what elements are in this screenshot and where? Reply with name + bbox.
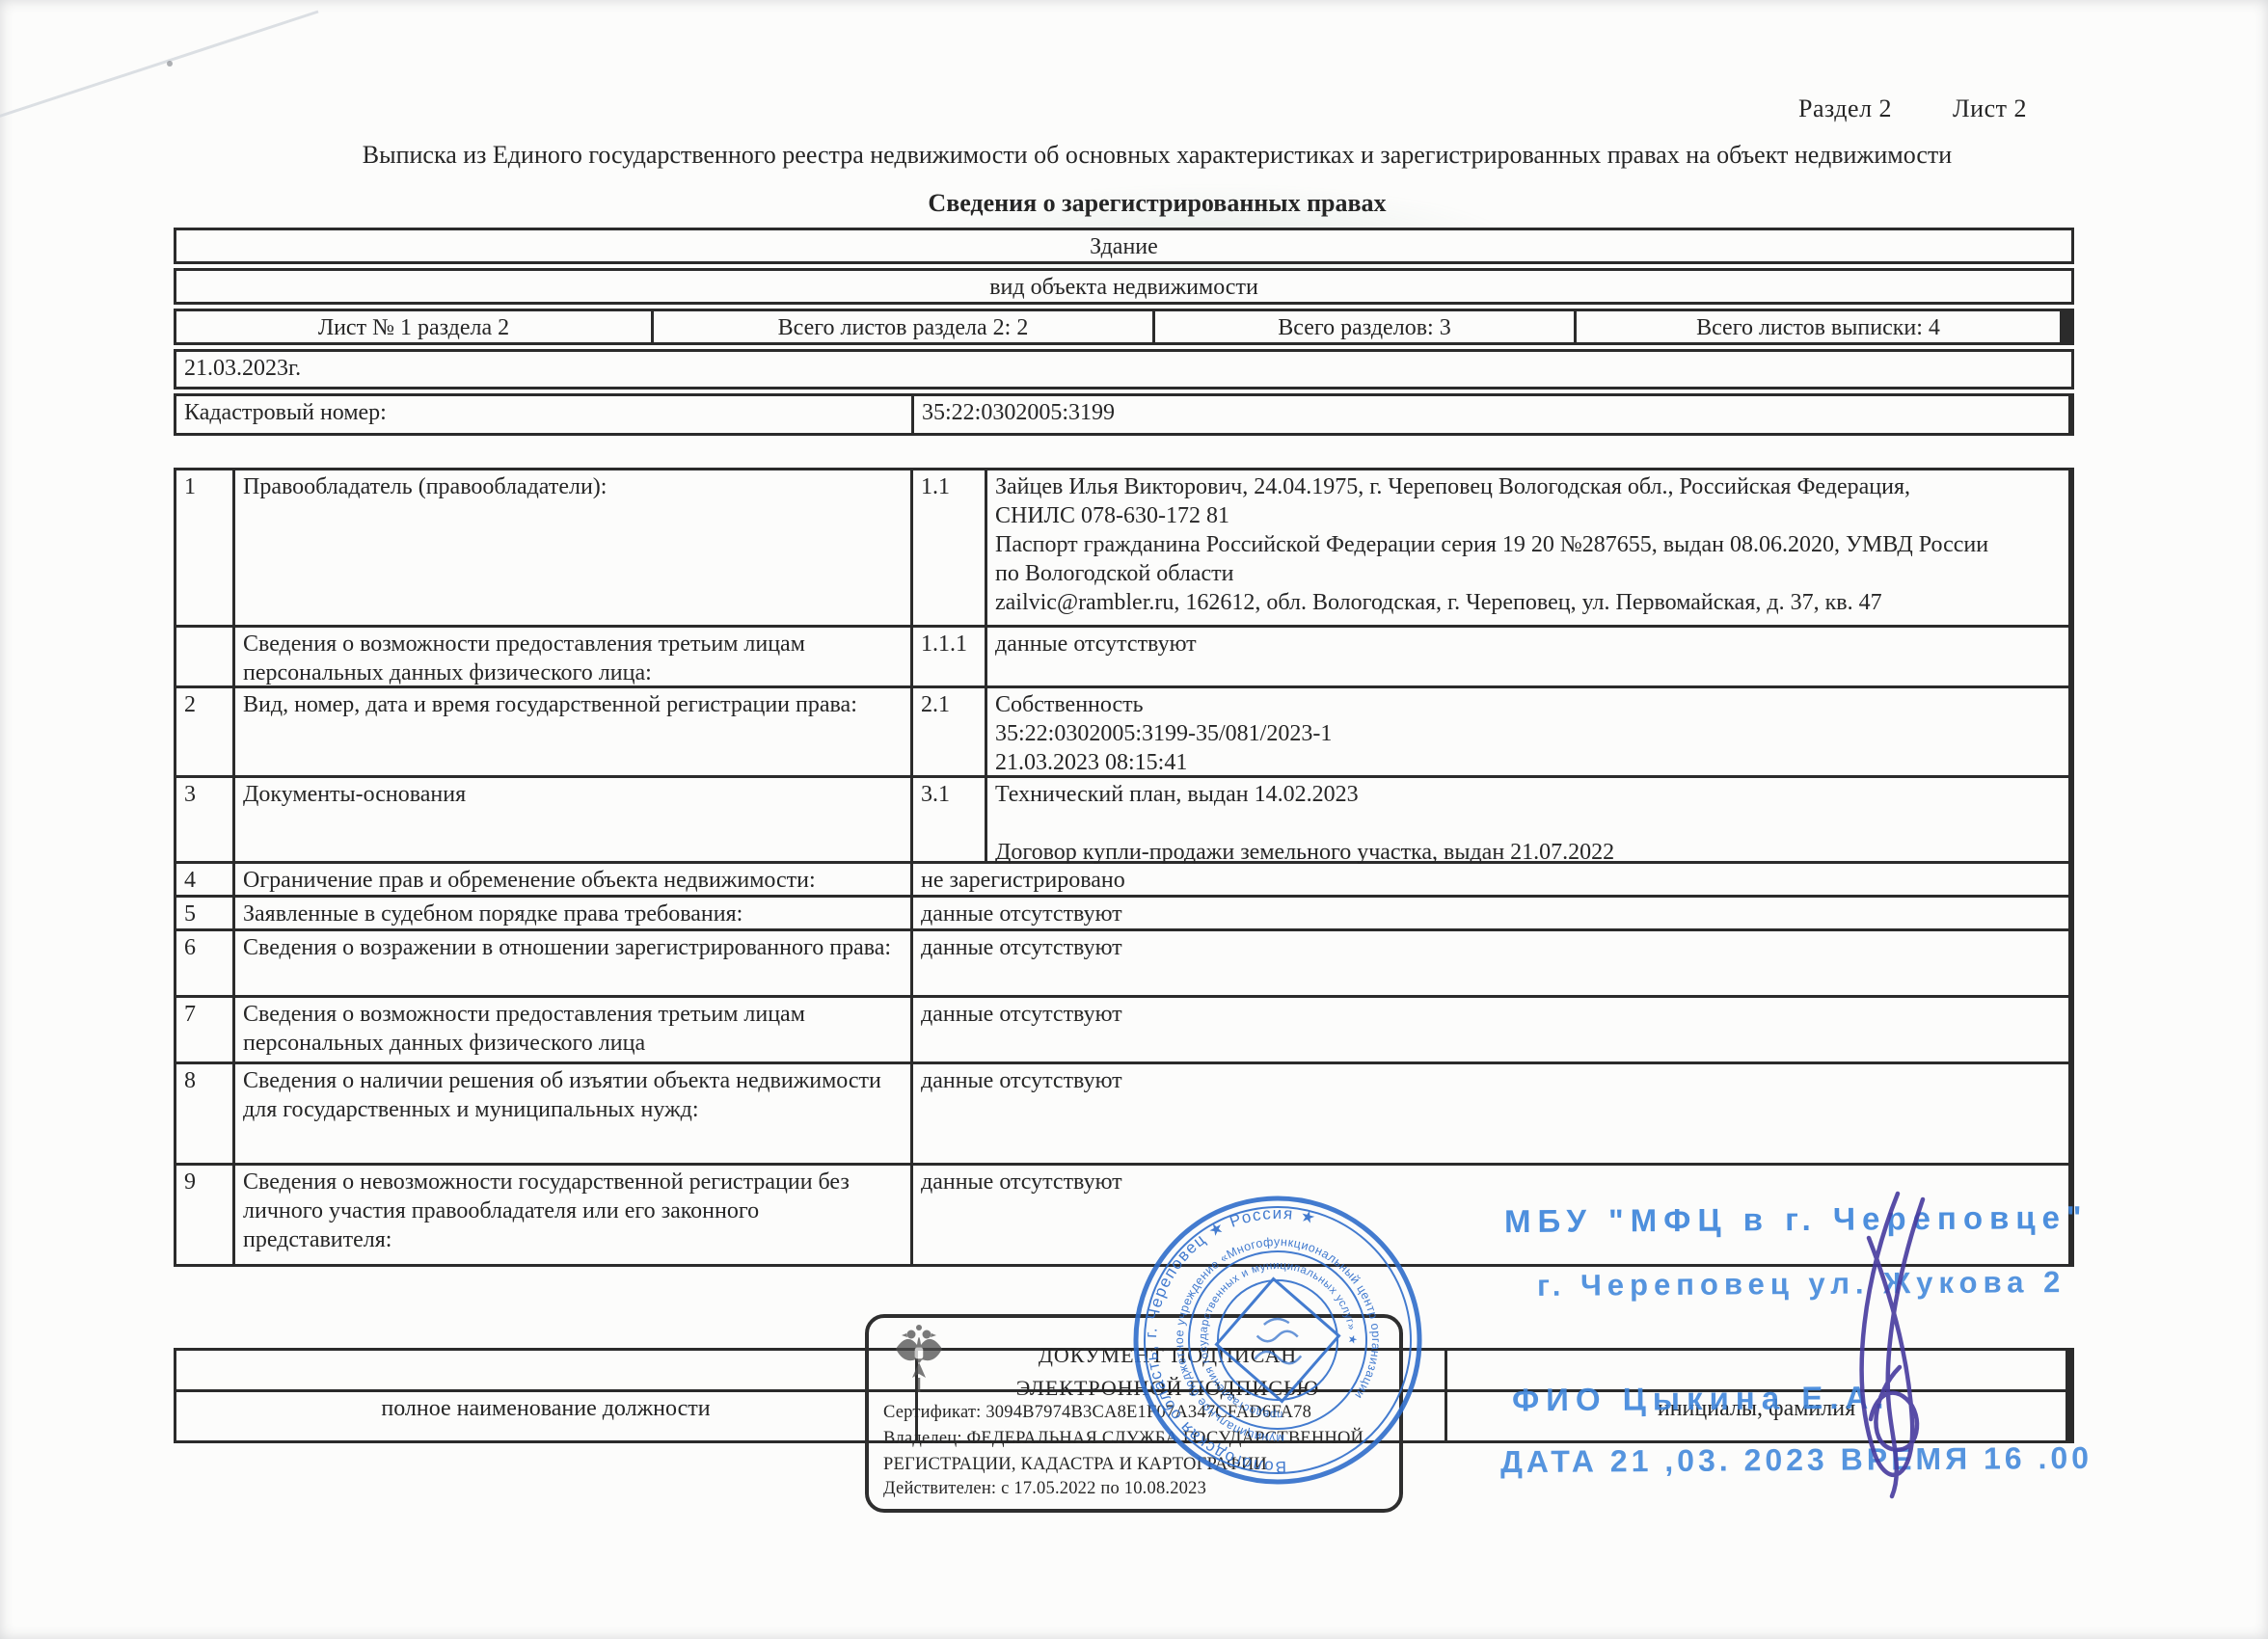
row-label: Ограничение прав и обременение объекта н…: [235, 864, 910, 895]
row-value: Собственность 35:22:0302005:3199-35/081/…: [987, 688, 2068, 775]
row-number: 1: [176, 470, 232, 625]
row-number: 8: [176, 1064, 232, 1163]
mfc-stamp-fio-line: ФИО Цыкина Е.А.: [1512, 1380, 1891, 1419]
row-label: Документы-основания: [235, 778, 910, 861]
row-number: 9: [176, 1166, 232, 1264]
row-value: Технический план, выдан 14.02.2023 Догов…: [987, 778, 2068, 861]
row-label: Вид, номер, дата и время государственной…: [235, 688, 910, 775]
row-label: Сведения о наличии решения об изъятии об…: [235, 1064, 910, 1163]
sheet-info-cell: Всего разделов: 3: [1155, 311, 1574, 342]
document-subtitle: Сведения о зарегистрированных правах: [174, 189, 2141, 218]
row-subnumber: 1.1.1: [913, 628, 985, 685]
scanned-document-page: Раздел 2 Лист 2 Выписка из Единого госуд…: [0, 0, 2268, 1639]
mfc-stamp-address-line: г. Череповец ул. Жукова 2: [1537, 1265, 2065, 1303]
row-number: 5: [176, 898, 232, 928]
object-type-value: Здание: [176, 230, 2071, 261]
row-value: Зайцев Илья Викторович, 24.04.1975, г. Ч…: [987, 470, 2068, 625]
sheet-info-cell: Всего листов выписки: 4: [1577, 311, 2060, 342]
extract-date-box: 21.03.2023г.: [174, 349, 2074, 390]
row-value: данные отсутствуют: [987, 628, 2068, 685]
row-number: 6: [176, 931, 232, 995]
mfc-stamp-org-line: МБУ "МФЦ в г. Череповце": [1504, 1199, 2089, 1240]
position-caption: полное наименование должности: [176, 1392, 915, 1440]
page-reference: Раздел 2 Лист 2: [1798, 94, 2027, 123]
cadastral-number-box: Кадастровый номер: 35:22:0302005:3199: [174, 393, 2074, 436]
row-subnumber: 1.1: [913, 470, 985, 625]
sheet-number: Лист 2: [1953, 94, 2027, 122]
corner-crease-artifact: [0, 0, 347, 135]
row-number: 2: [176, 688, 232, 775]
row-label: Сведения о возможности предоставления тр…: [235, 628, 910, 685]
section-number: Раздел 2: [1798, 94, 1892, 122]
cadastral-number-value: 35:22:0302005:3199: [914, 396, 2068, 433]
object-type-box: Здание: [174, 228, 2074, 264]
extract-date: 21.03.2023г.: [176, 352, 2071, 387]
row-value: данные отсутствуют: [913, 1064, 2068, 1163]
sheet-info-box: Лист № 1 раздела 2 Всего листов раздела …: [174, 309, 2074, 345]
row-value: данные отсутствуют: [913, 898, 2068, 928]
round-mfc-stamp: Вологодская область, г. Череповец ★ Росс…: [1130, 1193, 1425, 1488]
double-eagle-icon: [888, 1322, 950, 1393]
row-number: 7: [176, 998, 232, 1061]
mfc-stamp-datetime-line: ДАТА 21 ,03. 2023 ВРЕМЯ 16 .00: [1500, 1440, 2092, 1480]
sheet-info-cell: Лист № 1 раздела 2: [176, 311, 651, 342]
row-number: 4: [176, 864, 232, 895]
row-label: Заявленные в судебном порядке права треб…: [235, 898, 910, 928]
row-number: [176, 628, 232, 685]
cadastral-number-label: Кадастровый номер:: [176, 396, 911, 433]
signature-cell-empty: [176, 1351, 915, 1389]
sheet-info-cell: Всего листов раздела 2: 2: [654, 311, 1152, 342]
object-type-caption: вид объекта недвижимости: [176, 271, 2071, 302]
row-label: Сведения о невозможности государственной…: [235, 1166, 910, 1264]
row-subnumber: 3.1: [913, 778, 985, 861]
row-value: данные отсутствуют: [913, 998, 2068, 1061]
row-value: данные отсутствуют: [913, 931, 2068, 995]
document-title: Выписка из Единого государственного реес…: [174, 141, 2141, 170]
row-label: Правообладатель (правообладатели):: [235, 470, 910, 625]
registered-rights-table: 1 Правообладатель (правообладатели): 1.1…: [174, 468, 2074, 1267]
row-number: 3: [176, 778, 232, 861]
object-type-caption-box: вид объекта недвижимости: [174, 268, 2074, 305]
row-subnumber: 2.1: [913, 688, 985, 775]
row-label: Сведения о возможности предоставления тр…: [235, 998, 910, 1061]
row-value: не зарегистрировано: [913, 864, 2068, 895]
row-label: Сведения о возражении в отношении зареги…: [235, 931, 910, 995]
